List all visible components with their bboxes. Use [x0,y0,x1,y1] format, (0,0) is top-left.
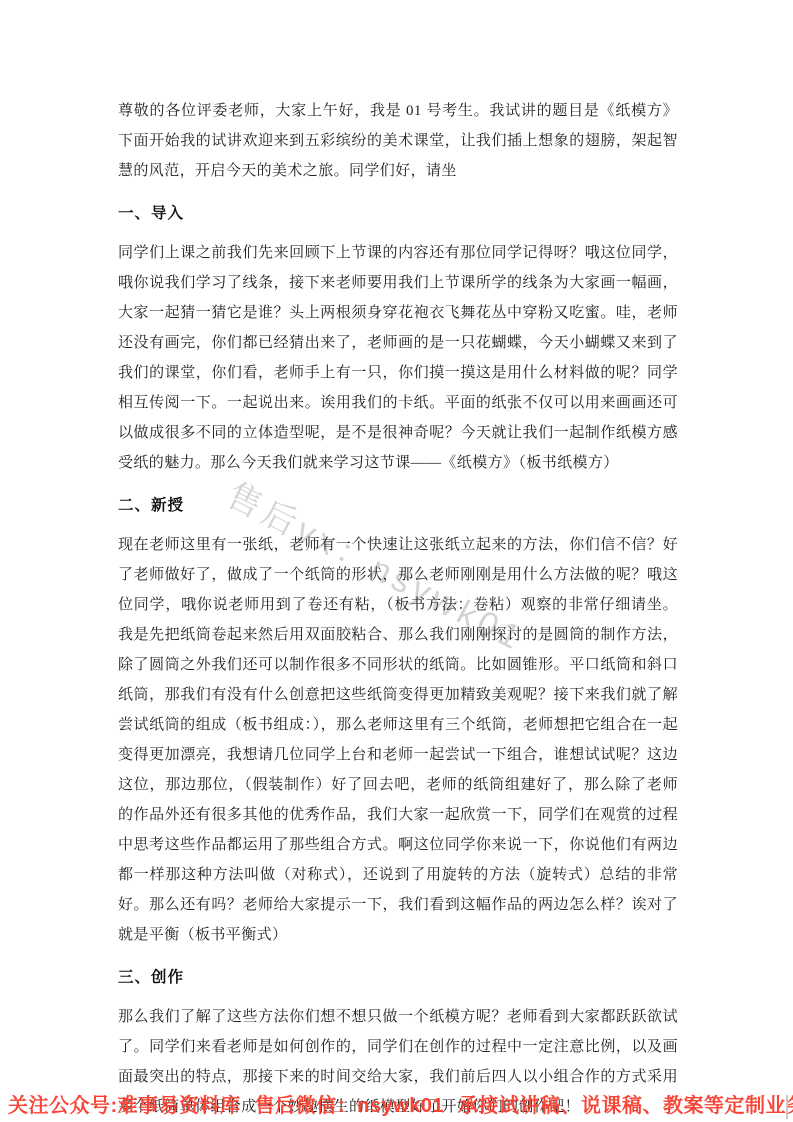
footer-official-account: 关注公众号:难事易资料库 [8,1089,241,1118]
intro-paragraph: 尊敬的各位评委老师，大家上午好，我是 01 号考生。我试讲的题目是《纸模方》下面… [118,96,678,186]
document-page: 售后vx：nsywk01 尊敬的各位评委老师，大家上午好，我是 01 号考生。我… [0,0,793,1122]
section-heading-import: 一、导入 [118,199,678,229]
scrollbar-fragment [786,1095,788,1119]
section-body-import: 同学们上课之前我们先来回顾下上节课的内容还有那位同学记得呀？哦这位同学，哦你说我… [118,238,678,478]
section-heading-creation: 三、创作 [118,963,678,993]
section-body-teaching: 现在老师这里有一张纸，老师有一个快速让这张纸立起来的方法，你们信不信？好了老师做… [118,530,678,950]
promo-footer: 关注公众号:难事易资料库 售后微信：nsywk01 承接试讲稿、说课稿、教案等定… [8,1089,785,1117]
footer-wechat-contact: 售后微信：nsywk01 [255,1089,444,1118]
footer-services: 承接试讲稿、说课稿、教案等定制业务 [458,1089,793,1118]
section-heading-teaching: 二、新授 [118,491,678,521]
document-content: 尊敬的各位评委老师，大家上午好，我是 01 号考生。我试讲的题目是《纸模方》下面… [118,96,678,1122]
